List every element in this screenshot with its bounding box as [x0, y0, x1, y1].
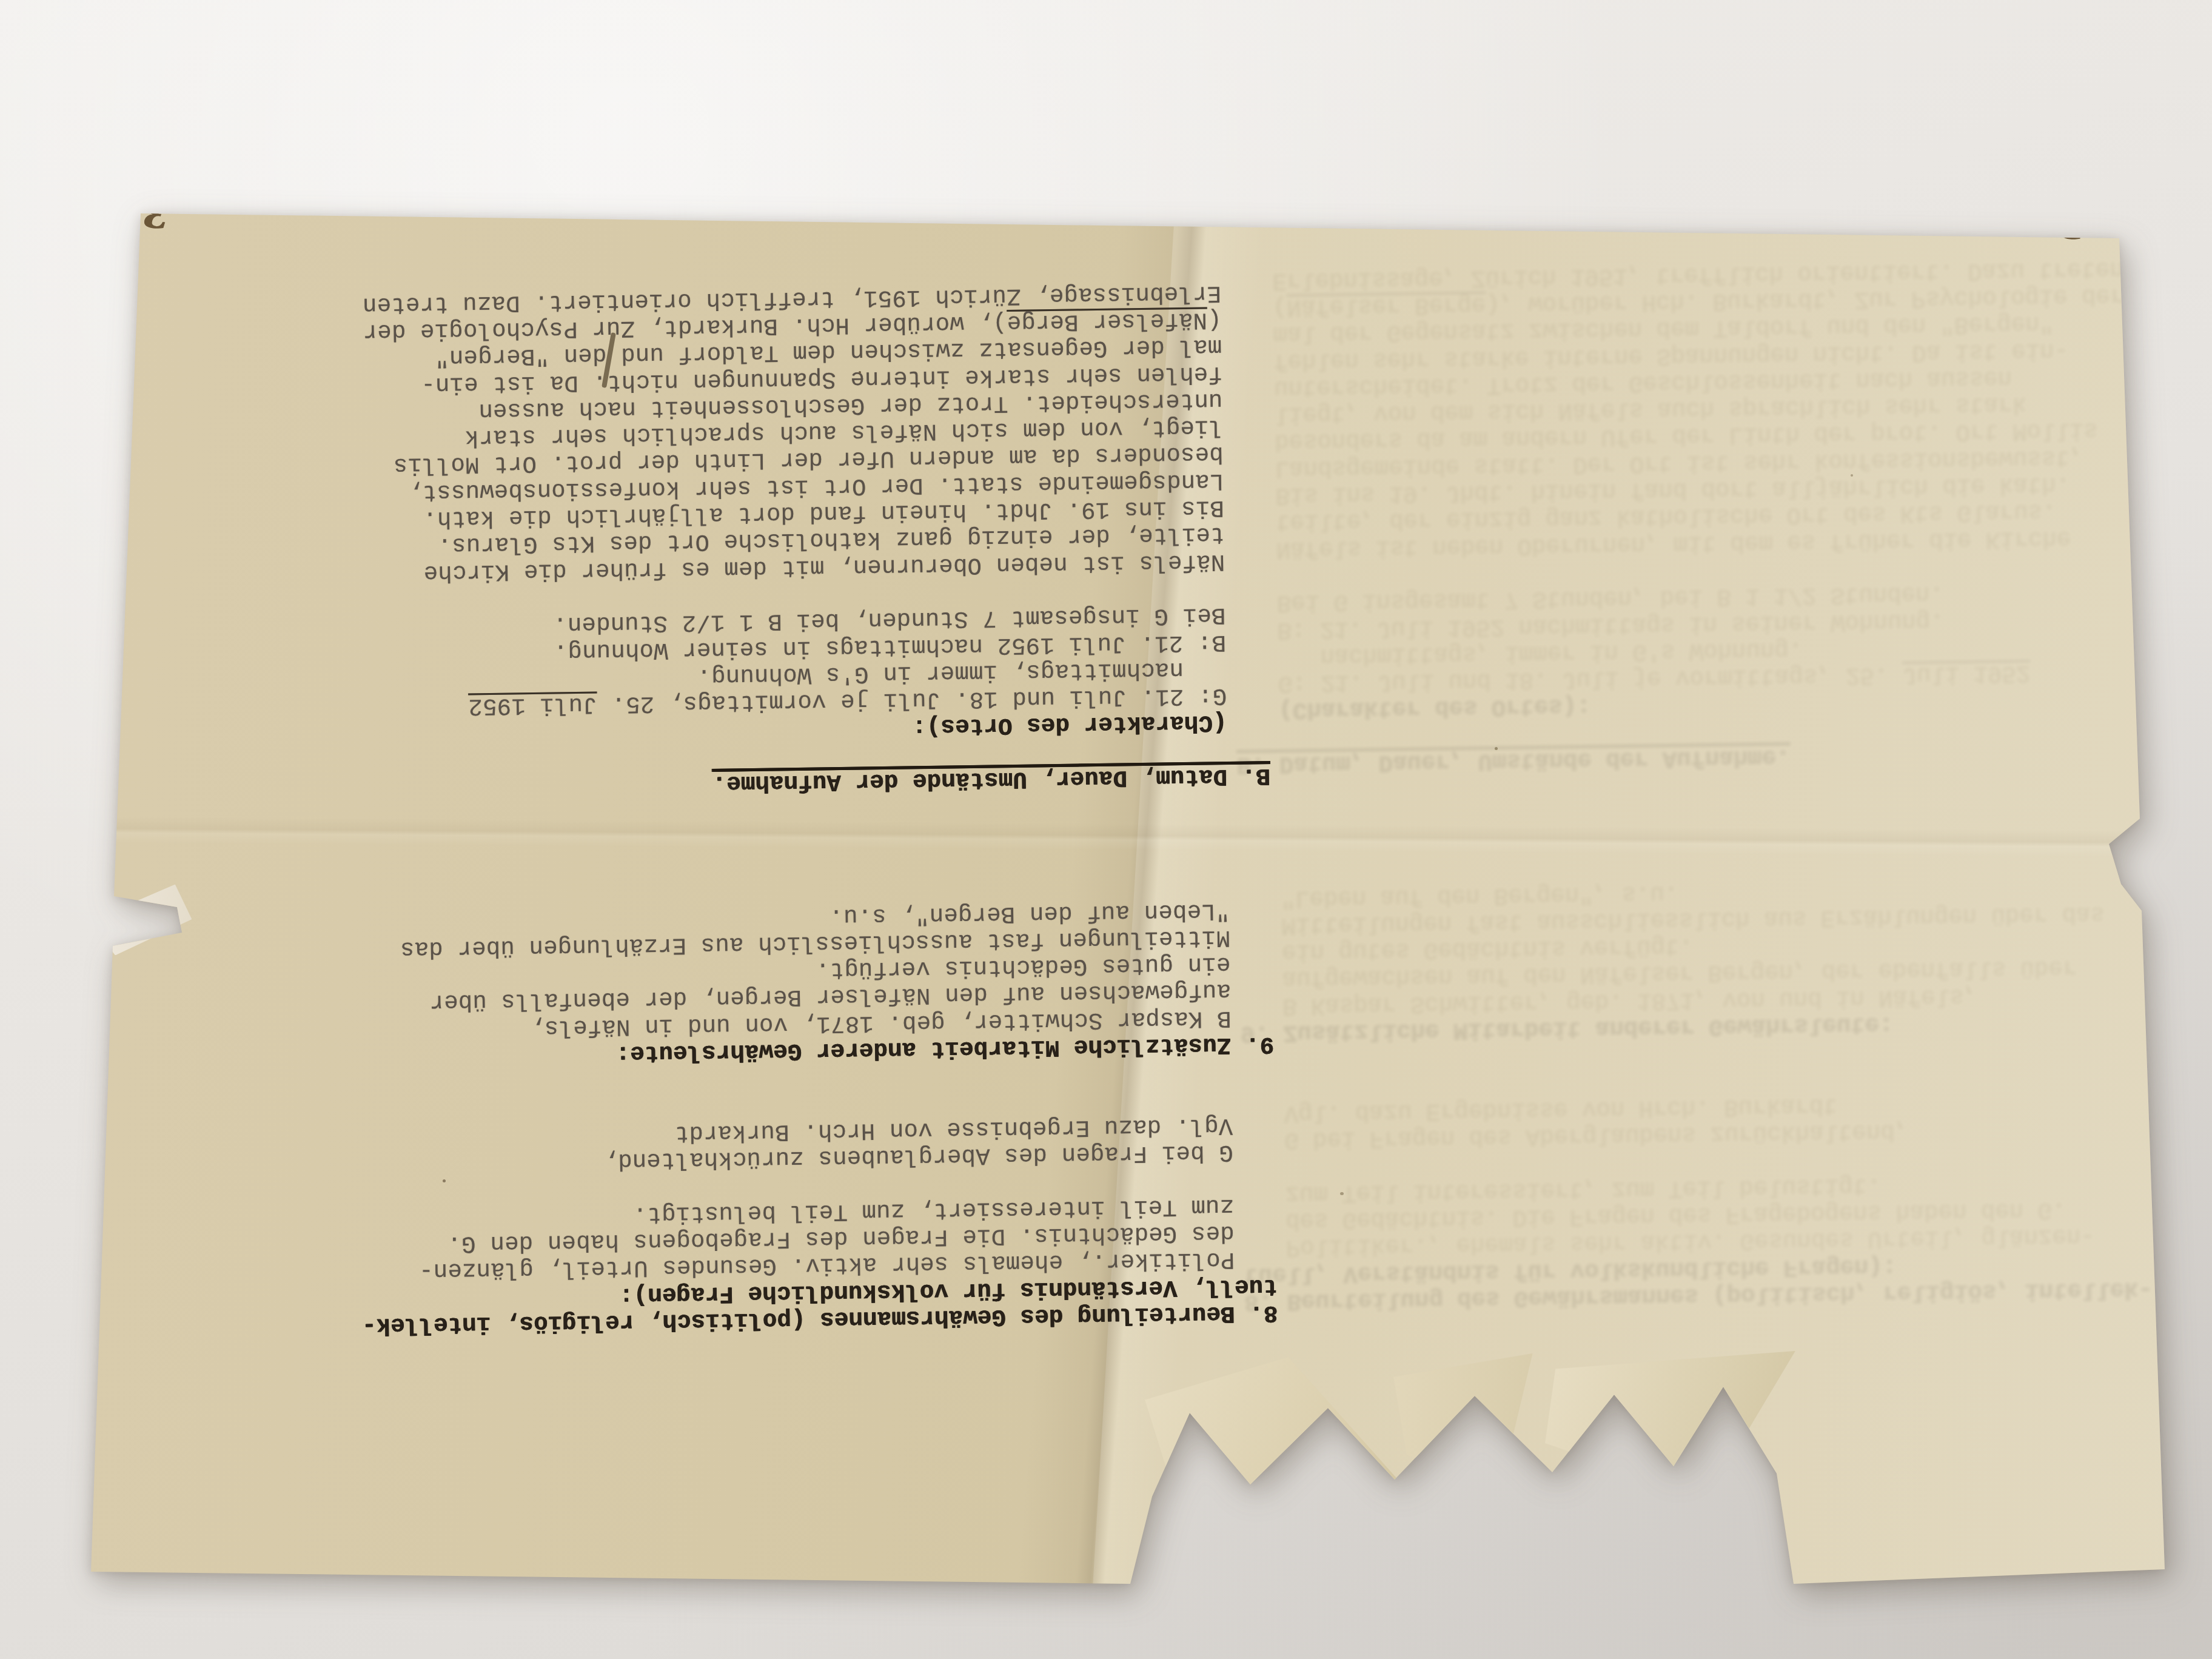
- text-line: B. Datum, Dauer, Umstände der Aufnahme.: [321, 762, 1270, 802]
- edge-tear-flap: [85, 883, 195, 958]
- section-body-8a: Politiker., ehemals sehr aktiv. Gesundes…: [327, 1192, 1278, 1286]
- dust-speck: [1851, 474, 1853, 477]
- section-paragraph: Näfels ist neben Oberurnen, mit dem es f…: [1230, 255, 2184, 563]
- dust-speck: [443, 1179, 446, 1182]
- section-heading-B: B. Datum, Dauer, Umstände der Aufnahme.: [321, 762, 1270, 802]
- section-body-8b: G bei Fragen des Aberglaubens zurückhalt…: [1241, 1087, 2191, 1154]
- section-body-9: B Kaspar Schwitter, geb. 1871, von und i…: [1238, 872, 2190, 1019]
- section-dates: (Charakter des Ortes):G: 21. Juli und 18…: [1234, 577, 2185, 724]
- section-paragraph: Näfels ist neben Oberurnen, mit dem es f…: [314, 279, 1268, 588]
- section-body-8b: G bei Fragen des Aberglaubens zurückhalt…: [326, 1111, 1276, 1178]
- section-body-9: B Kaspar Schwitter, geb. 1871, von und i…: [323, 896, 1274, 1044]
- document-photo: 8. Beurteilung des Gewährsmannes (politi…: [0, 0, 2212, 1659]
- dust-speck: [1340, 1192, 1344, 1195]
- typewritten-text: 8. Beurteilung des Gewährsmannes (politi…: [314, 278, 1278, 1339]
- paper-shadow: 8. Beurteilung des Gewährsmannes (politi…: [0, 0, 2212, 1659]
- bleedthrough-text: 8. Beurteilung des Gewährsmannes (politi…: [1230, 254, 2194, 1315]
- dust-speck: [859, 371, 861, 374]
- paper-spread: 8. Beurteilung des Gewährsmannes (politi…: [0, 0, 2212, 1659]
- text-line: B. Datum, Dauer, Umstände der Aufnahme.: [1236, 738, 2186, 778]
- dust-speck: [1495, 747, 1498, 750]
- page-number-right: 2: [2057, 199, 2090, 249]
- section-body-8a: Politiker., ehemals sehr aktiv. Gesundes…: [1242, 1168, 2193, 1262]
- section-heading-B: B. Datum, Dauer, Umstände der Aufnahme.: [1236, 738, 2186, 778]
- section-dates: (Charakter des Ortes):G: 21. Juli und 18…: [318, 601, 1270, 748]
- page-number-left: 3: [141, 188, 173, 238]
